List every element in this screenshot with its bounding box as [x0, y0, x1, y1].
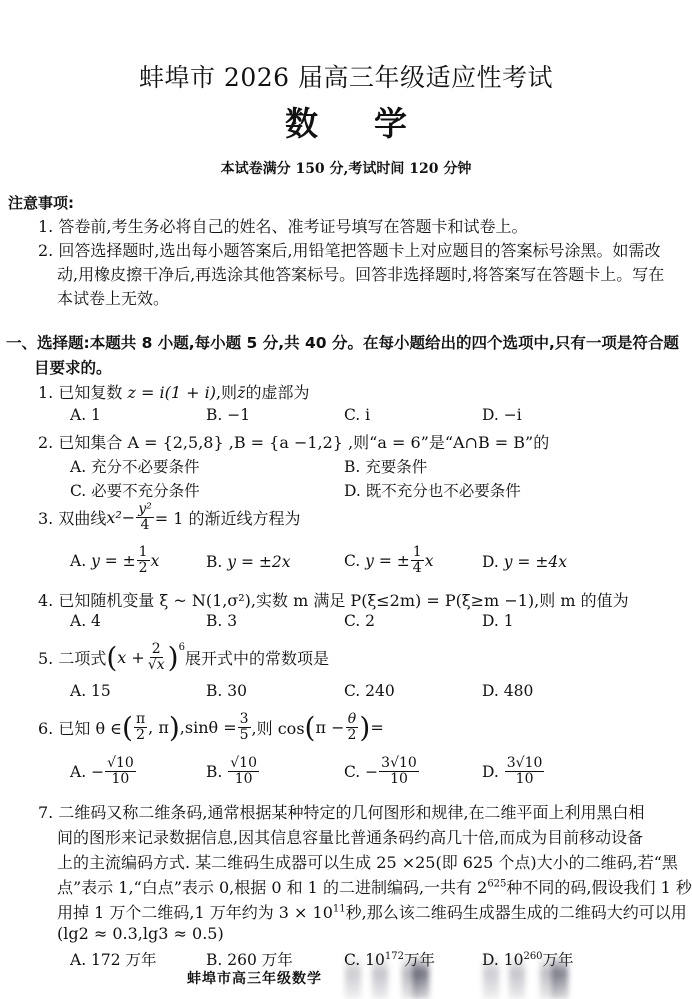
q1-text-b: ,则	[216, 383, 237, 402]
q6-text: 6. 已知 θ ∈	[38, 716, 122, 739]
scan-smudge	[483, 955, 499, 999]
q7-option-a: A. 172 万年	[70, 948, 157, 970]
q3-a-num: 1	[137, 545, 150, 561]
q2-option-b: B. 充要条件	[344, 455, 427, 477]
notice-item-1: 1. 答卷前,考生务必将自己的姓名、准考证号填写在答题卡和试卷上。	[38, 214, 527, 240]
q6-frac-3: θ2	[345, 712, 358, 743]
q6-c-label: C.	[344, 763, 360, 781]
q3-c-post: x	[425, 552, 434, 570]
subject-char-1: 数	[285, 104, 318, 143]
question-1-stem: 1. 已知复数 z = i(1 + i),则z̄的虚部为	[38, 380, 309, 403]
q6-option-d: D. 3√1010	[482, 756, 545, 787]
q6-c-den: 10	[388, 772, 410, 787]
q3-text: 3. 双曲线	[38, 506, 106, 529]
subject-title: 数学	[0, 98, 692, 145]
q7-line-3: 上的主流编码方式. 某二维码生成器可以生成 25 ×25(即 625 个点)大小…	[57, 850, 678, 873]
q3-c-den: 4	[411, 561, 424, 576]
q6-d-frac: 3√1010	[505, 756, 545, 787]
q7-exp-625: 625	[487, 879, 506, 890]
q6-a-label: A.	[70, 763, 86, 781]
q7-line-4: 点”表示 1,“白点”表示 0,根据 0 和 1 的二进制编码,一共有 2625…	[57, 875, 692, 898]
subject-char-2: 学	[374, 104, 407, 143]
notice-heading: 注意事项:	[8, 190, 74, 216]
q3-c-label: C.	[344, 552, 360, 570]
q1-math: z = i(1 + i)	[127, 383, 215, 402]
scan-smudge	[552, 955, 568, 999]
q5-lparen: (	[106, 648, 117, 668]
q1-option-d: D. −i	[482, 406, 522, 424]
q6-lparen-1: (	[122, 718, 133, 738]
q6-a-den: 10	[110, 772, 132, 787]
q6-d-label: D.	[482, 763, 499, 781]
q6-f1-num: π	[134, 712, 147, 728]
section-heading: 一、选择题:本题共 8 小题,每小题 5 分,共 40 分。在每小题给出的四个选…	[6, 330, 679, 356]
q5-frac-den: √x	[146, 658, 167, 673]
q1-text: 1. 已知复数	[38, 383, 127, 402]
q3-option-c: C. y = ± 14x	[344, 545, 433, 576]
q3-c-pre: y = ±	[365, 552, 410, 570]
q5-inner: x +	[117, 648, 145, 667]
q4-option-a: A. 4	[70, 612, 101, 630]
q2-option-c: C. 必要不充分条件	[70, 479, 200, 501]
q3-d-label: D.	[482, 553, 499, 571]
q1-option-b: B. −1	[206, 406, 250, 424]
page-footer: 蚌埠市高三年级数学	[187, 968, 322, 988]
q3-x2: x²	[106, 508, 121, 527]
q7-line-6: (lg2 ≈ 0.3,lg3 ≈ 0.5)	[57, 924, 224, 943]
q3-minus: −	[122, 508, 135, 527]
q3-text-b: = 1 的渐近线方程为	[155, 506, 301, 529]
question-4-stem: 4. 已知随机变量 ξ ~ N(1,σ²),实数 m 满足 P(ξ≤2m) = …	[38, 588, 629, 611]
q7-line-5-rest: 秒,那么该二维码生成器生成的二维码大约可以用	[346, 903, 687, 922]
q7-line-2: 间的图形来记录数据信息,因其信息容量比普通条码约高几十倍,而成为目前移动设备	[57, 825, 643, 848]
scan-smudge	[372, 955, 388, 999]
notice-item-2: 2. 回答选择题时,选出每小题答案后,用铅笔把答题卡上对应题目的答案标号涂黑。如…	[38, 238, 661, 264]
q6-inner: π −	[315, 718, 344, 737]
q3-d-text: y = ±4x	[504, 553, 567, 571]
question-3-stem: 3. 双曲线 x² − y²4 = 1 的渐近线方程为	[38, 502, 301, 533]
q6-d-den: 10	[514, 772, 536, 787]
scan-smudge	[509, 955, 525, 999]
q6-option-a: A. − √1010	[70, 756, 137, 787]
q2-option-a: A. 充分不必要条件	[70, 455, 200, 477]
q5-frac-num: 2	[150, 642, 163, 658]
q6-c-frac: 3√1010	[379, 756, 419, 787]
question-2-stem: 2. 已知集合 A = {2,5,8} ,B = {a −1,2} ,则“a =…	[38, 430, 549, 453]
question-6-stem: 6. 已知 θ ∈ ( π2, π),sinθ = 35,则 cos (π − …	[38, 712, 384, 743]
q7-line-4-text: 点”表示 1,“白点”表示 0,根据 0 和 1 的二进制编码,一共有 2	[57, 878, 487, 897]
q5-option-d: D. 480	[482, 682, 533, 700]
q3-c-frac: 14	[411, 545, 424, 576]
q7-line-5-text: 用掉 1 万个二维码,1 万年约为 3 × 10	[57, 903, 333, 922]
question-5-stem: 5. 二项式 (x + 2√x)6 展开式中的常数项是	[38, 642, 329, 673]
q6-option-c: C. − 3√1010	[344, 756, 420, 787]
q6-f1-den: 2	[134, 728, 147, 743]
exam-meta: 本试卷满分 150 分,考试时间 120 分钟	[0, 158, 692, 178]
q7-line-4-rest: 种不同的码,假设我们 1 秒	[506, 878, 691, 897]
q3-a-frac: 12	[137, 545, 150, 576]
q1-option-a: A. 1	[70, 406, 101, 424]
q6-a-sign: −	[91, 763, 104, 781]
notice-item-2-cont: 动,用橡皮擦干净后,再选涂其他答案标号。回答非选择题时,将答案写在答题卡上。写在	[57, 262, 664, 288]
section-heading-cont: 目要求的。	[34, 355, 112, 381]
q3-c-num: 1	[411, 545, 424, 561]
q6-a-frac: √1010	[105, 756, 136, 787]
q1-option-c: C. i	[344, 406, 370, 424]
q3-frac-num: y²	[136, 502, 154, 518]
q6-rparen-2: )	[359, 718, 370, 738]
q7-line-1: 7. 二维码又称二维条码,通常根据某种特定的几何图形和规律,在二维平面上利用黑白…	[38, 800, 645, 823]
q3-option-a: A. y = ± 12x	[70, 545, 159, 576]
q3-a-den: 2	[137, 561, 150, 576]
q6-frac-1: π2	[134, 712, 147, 743]
q6-c-num: 3√10	[379, 756, 419, 772]
q6-b-frac: √1010	[228, 756, 259, 787]
q3-b-text: y = ±2x	[227, 553, 290, 571]
q7-exp-11: 11	[333, 904, 346, 915]
q6-lparen-2: (	[305, 718, 316, 738]
q3-frac-den: 4	[139, 518, 152, 533]
exam-title: 蚌埠市 2026 届高三年级适应性考试	[0, 58, 692, 94]
q6-c-sign: −	[365, 763, 378, 781]
q6-b-num: √10	[228, 756, 259, 772]
q7-option-b: B. 260 万年	[206, 948, 293, 970]
notice-item-2-end: 本试卷上无效。	[57, 286, 169, 312]
q6-rparen-1: )	[169, 718, 180, 738]
scan-smudge	[413, 955, 429, 999]
q6-mid: , π	[148, 718, 169, 737]
q5-option-a: A. 15	[70, 682, 111, 700]
q5-text-b: 展开式中的常数项是	[185, 646, 329, 669]
q5-option-c: C. 240	[344, 682, 395, 700]
q4-option-c: C. 2	[344, 612, 375, 630]
q6-frac-2: 35	[238, 712, 251, 743]
q6-f3-den: 2	[345, 728, 358, 743]
q7-line-5: 用掉 1 万个二维码,1 万年约为 3 × 1011秒,那么该二维码生成器生成的…	[57, 900, 687, 923]
q5-text: 5. 二项式	[38, 646, 106, 669]
q6-f3-num: θ	[346, 712, 358, 728]
q3-b-label: B.	[206, 553, 222, 571]
q1-text-d: 的虚部为	[245, 383, 309, 402]
q5-fraction: 2√x	[146, 642, 167, 673]
q6-option-b: B. √1010	[206, 756, 260, 787]
q6-a-num: √10	[105, 756, 136, 772]
q3-fraction: y²4	[136, 502, 154, 533]
q3-option-d: D. y = ±4x	[482, 553, 567, 571]
q6-f2-den: 5	[238, 728, 251, 743]
q6-text-b: ,sinθ =	[180, 718, 237, 737]
q6-b-den: 10	[233, 772, 255, 787]
q6-text-c: ,则 cos	[252, 716, 305, 739]
q3-option-b: B. y = ±2x	[206, 553, 290, 571]
q5-option-b: B. 30	[206, 682, 247, 700]
q4-option-d: D. 1	[482, 612, 514, 630]
q6-text-d: =	[370, 718, 383, 737]
q6-f2-num: 3	[238, 712, 251, 728]
q3-a-post: x	[151, 552, 160, 570]
scan-smudge	[345, 955, 361, 999]
q3-a-pre: y = ±	[91, 552, 136, 570]
q3-a-label: A.	[70, 552, 86, 570]
q6-d-num: 3√10	[505, 756, 545, 772]
q6-b-label: B.	[206, 763, 222, 781]
q2-option-d: D. 既不充分也不必要条件	[344, 479, 521, 501]
q4-option-b: B. 3	[206, 612, 237, 630]
q5-rparen: )	[168, 648, 179, 668]
